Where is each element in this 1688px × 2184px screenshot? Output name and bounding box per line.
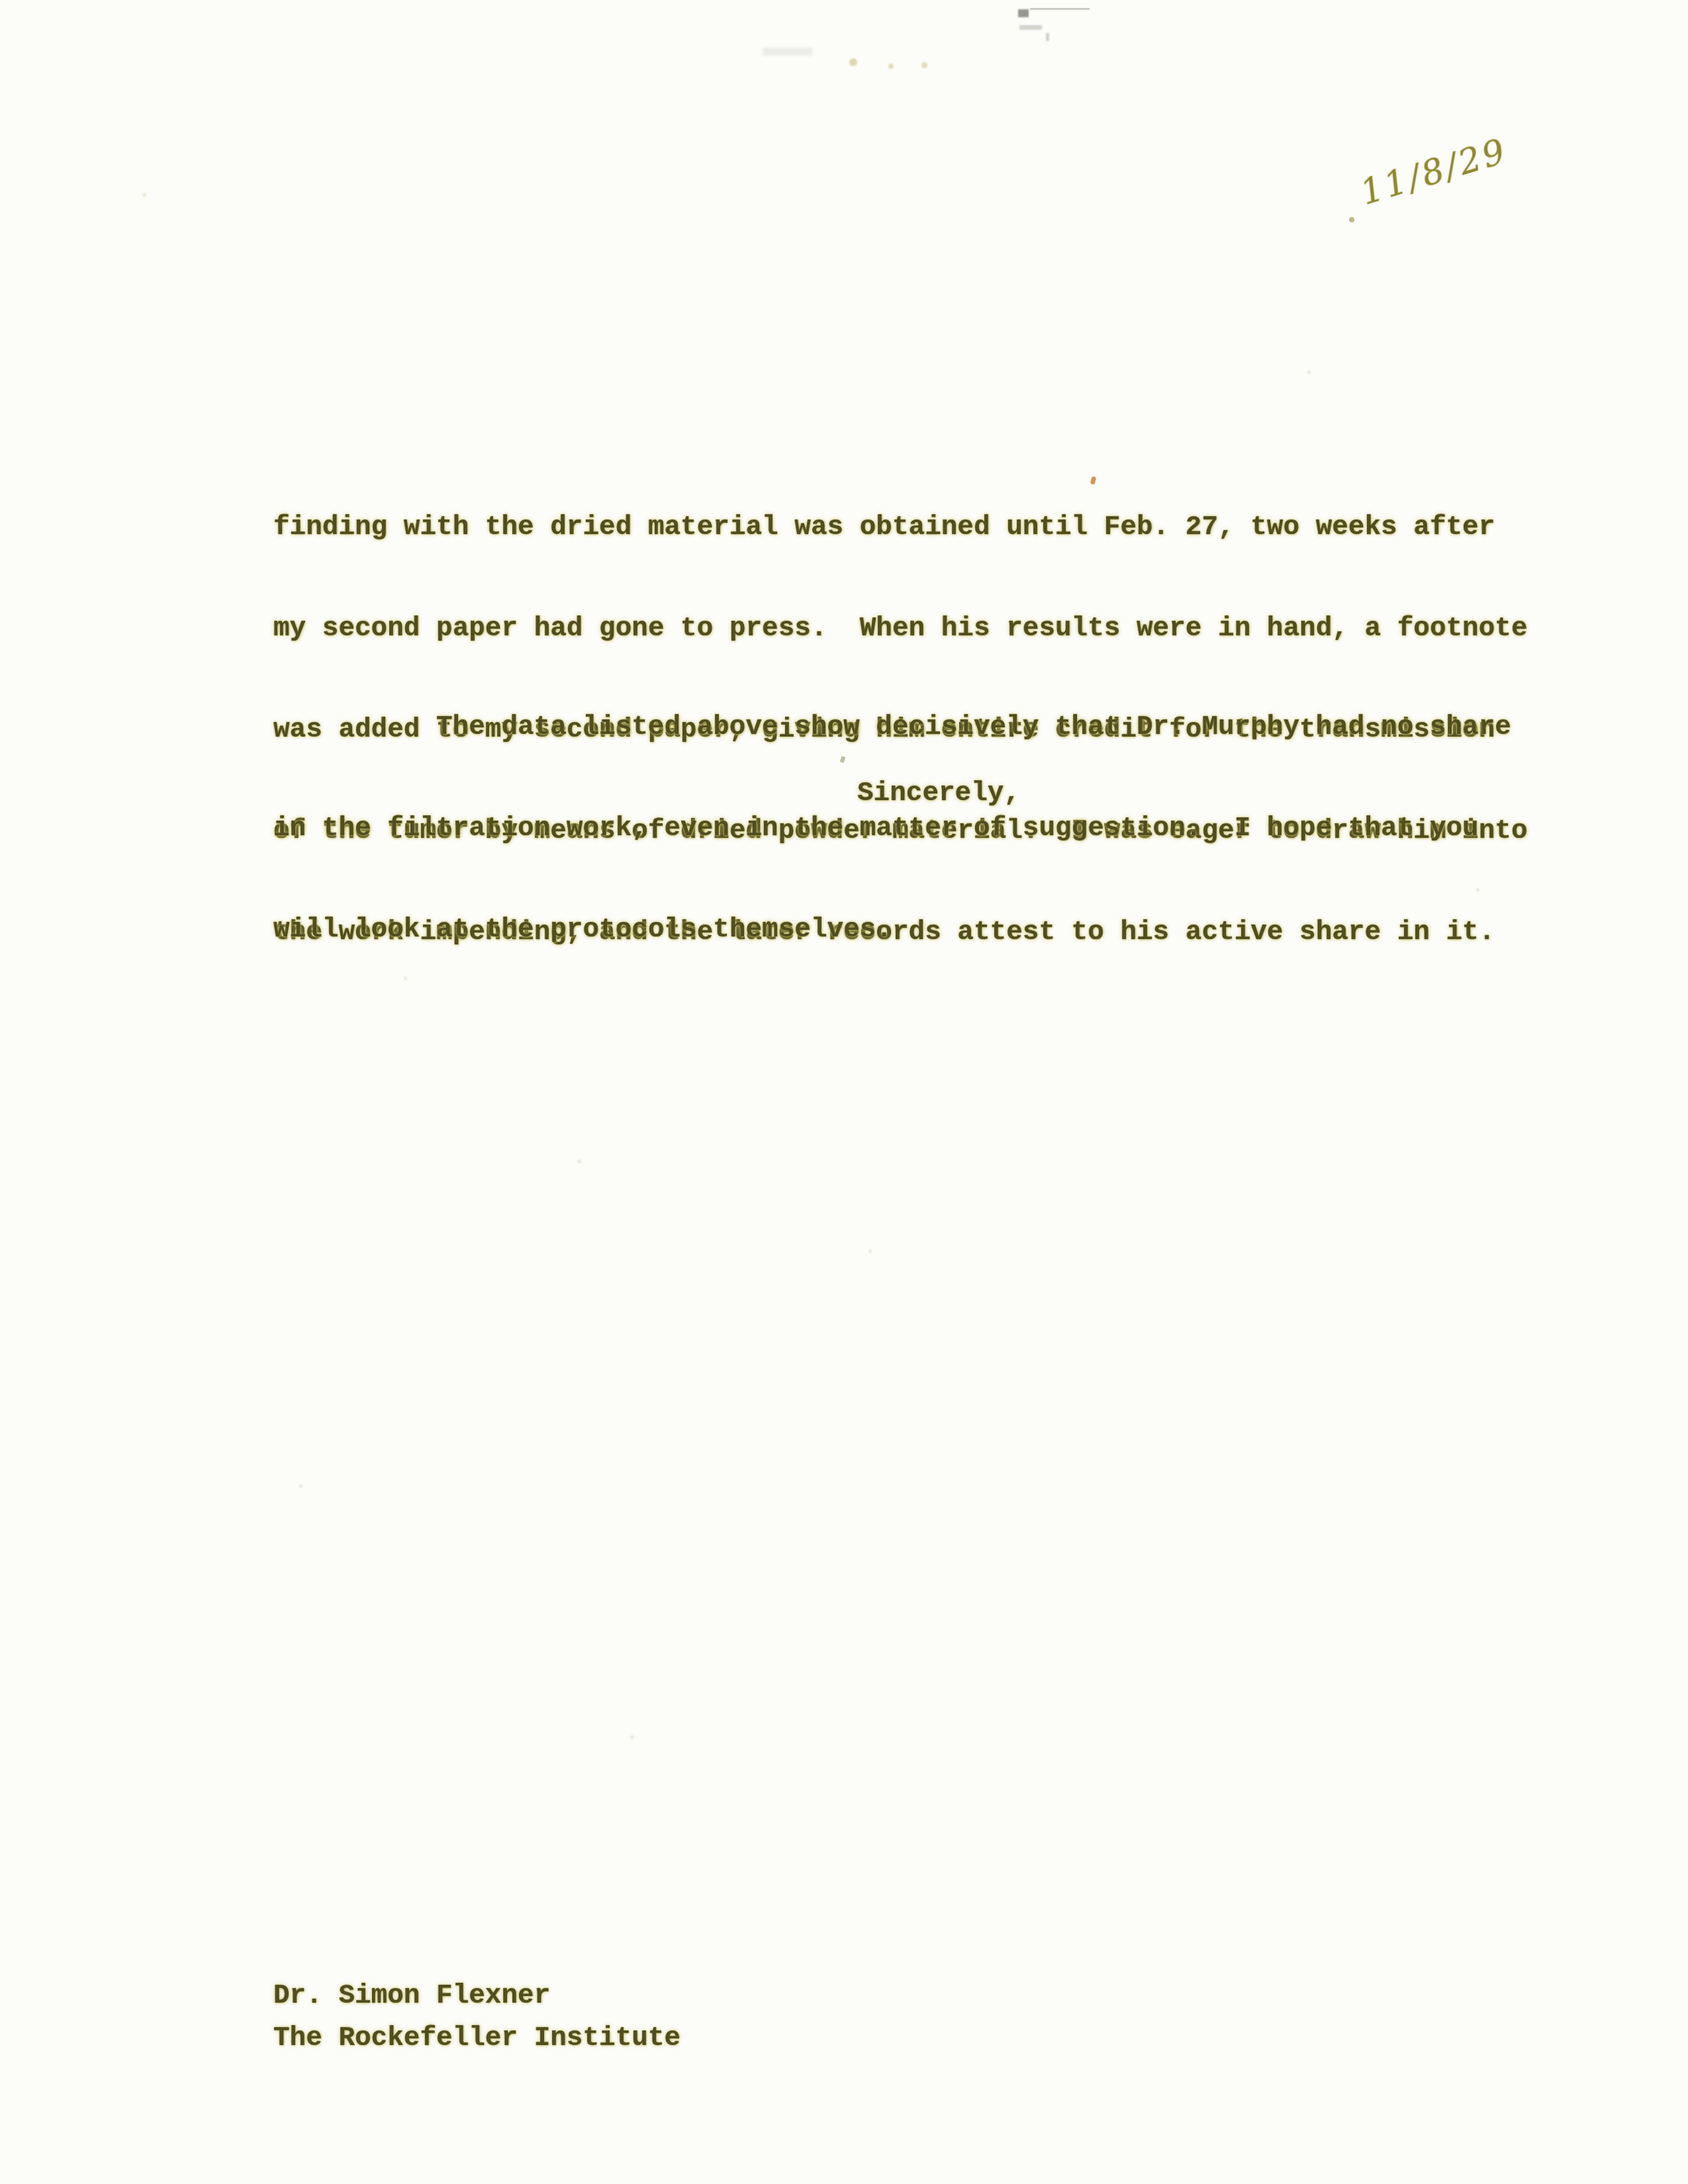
scan-line [1030,8,1090,10]
scan-speck [630,1735,634,1739]
scan-smudge [1018,9,1029,17]
letter-page: 11/8/29 finding with the dried material … [0,0,1688,2184]
scan-speck [299,1484,303,1488]
text-line: will look at the protocols themselves. [273,913,1511,947]
body-paragraph-2: The data listed above show decisively th… [273,643,1511,1015]
text-line: finding with the dried material was obta… [273,511,1528,545]
scan-speck [577,1160,581,1163]
scan-speck [868,1250,872,1253]
scan-speck [849,58,857,66]
pen-dot [1349,217,1354,222]
text-line: in the filtration work, even in the matt… [273,812,1511,846]
scan-smudge [1019,25,1042,30]
scan-speck [142,193,146,197]
scan-speck [1307,371,1311,374]
recipient-name: Dr. Simon Flexner [273,1979,550,2013]
scan-tick [1046,33,1049,41]
scan-speck [921,62,927,68]
scan-speck [888,64,894,69]
text-line: my second paper had gone to press. When … [273,612,1528,646]
scan-smudge [763,48,812,56]
closing-sincerely: Sincerely, [857,777,1020,811]
text-line: The data listed above show decisively th… [273,711,1511,745]
handwritten-date: 11/8/29 [1356,131,1512,213]
recipient-organization: The Rockefeller Institute [273,2022,680,2056]
